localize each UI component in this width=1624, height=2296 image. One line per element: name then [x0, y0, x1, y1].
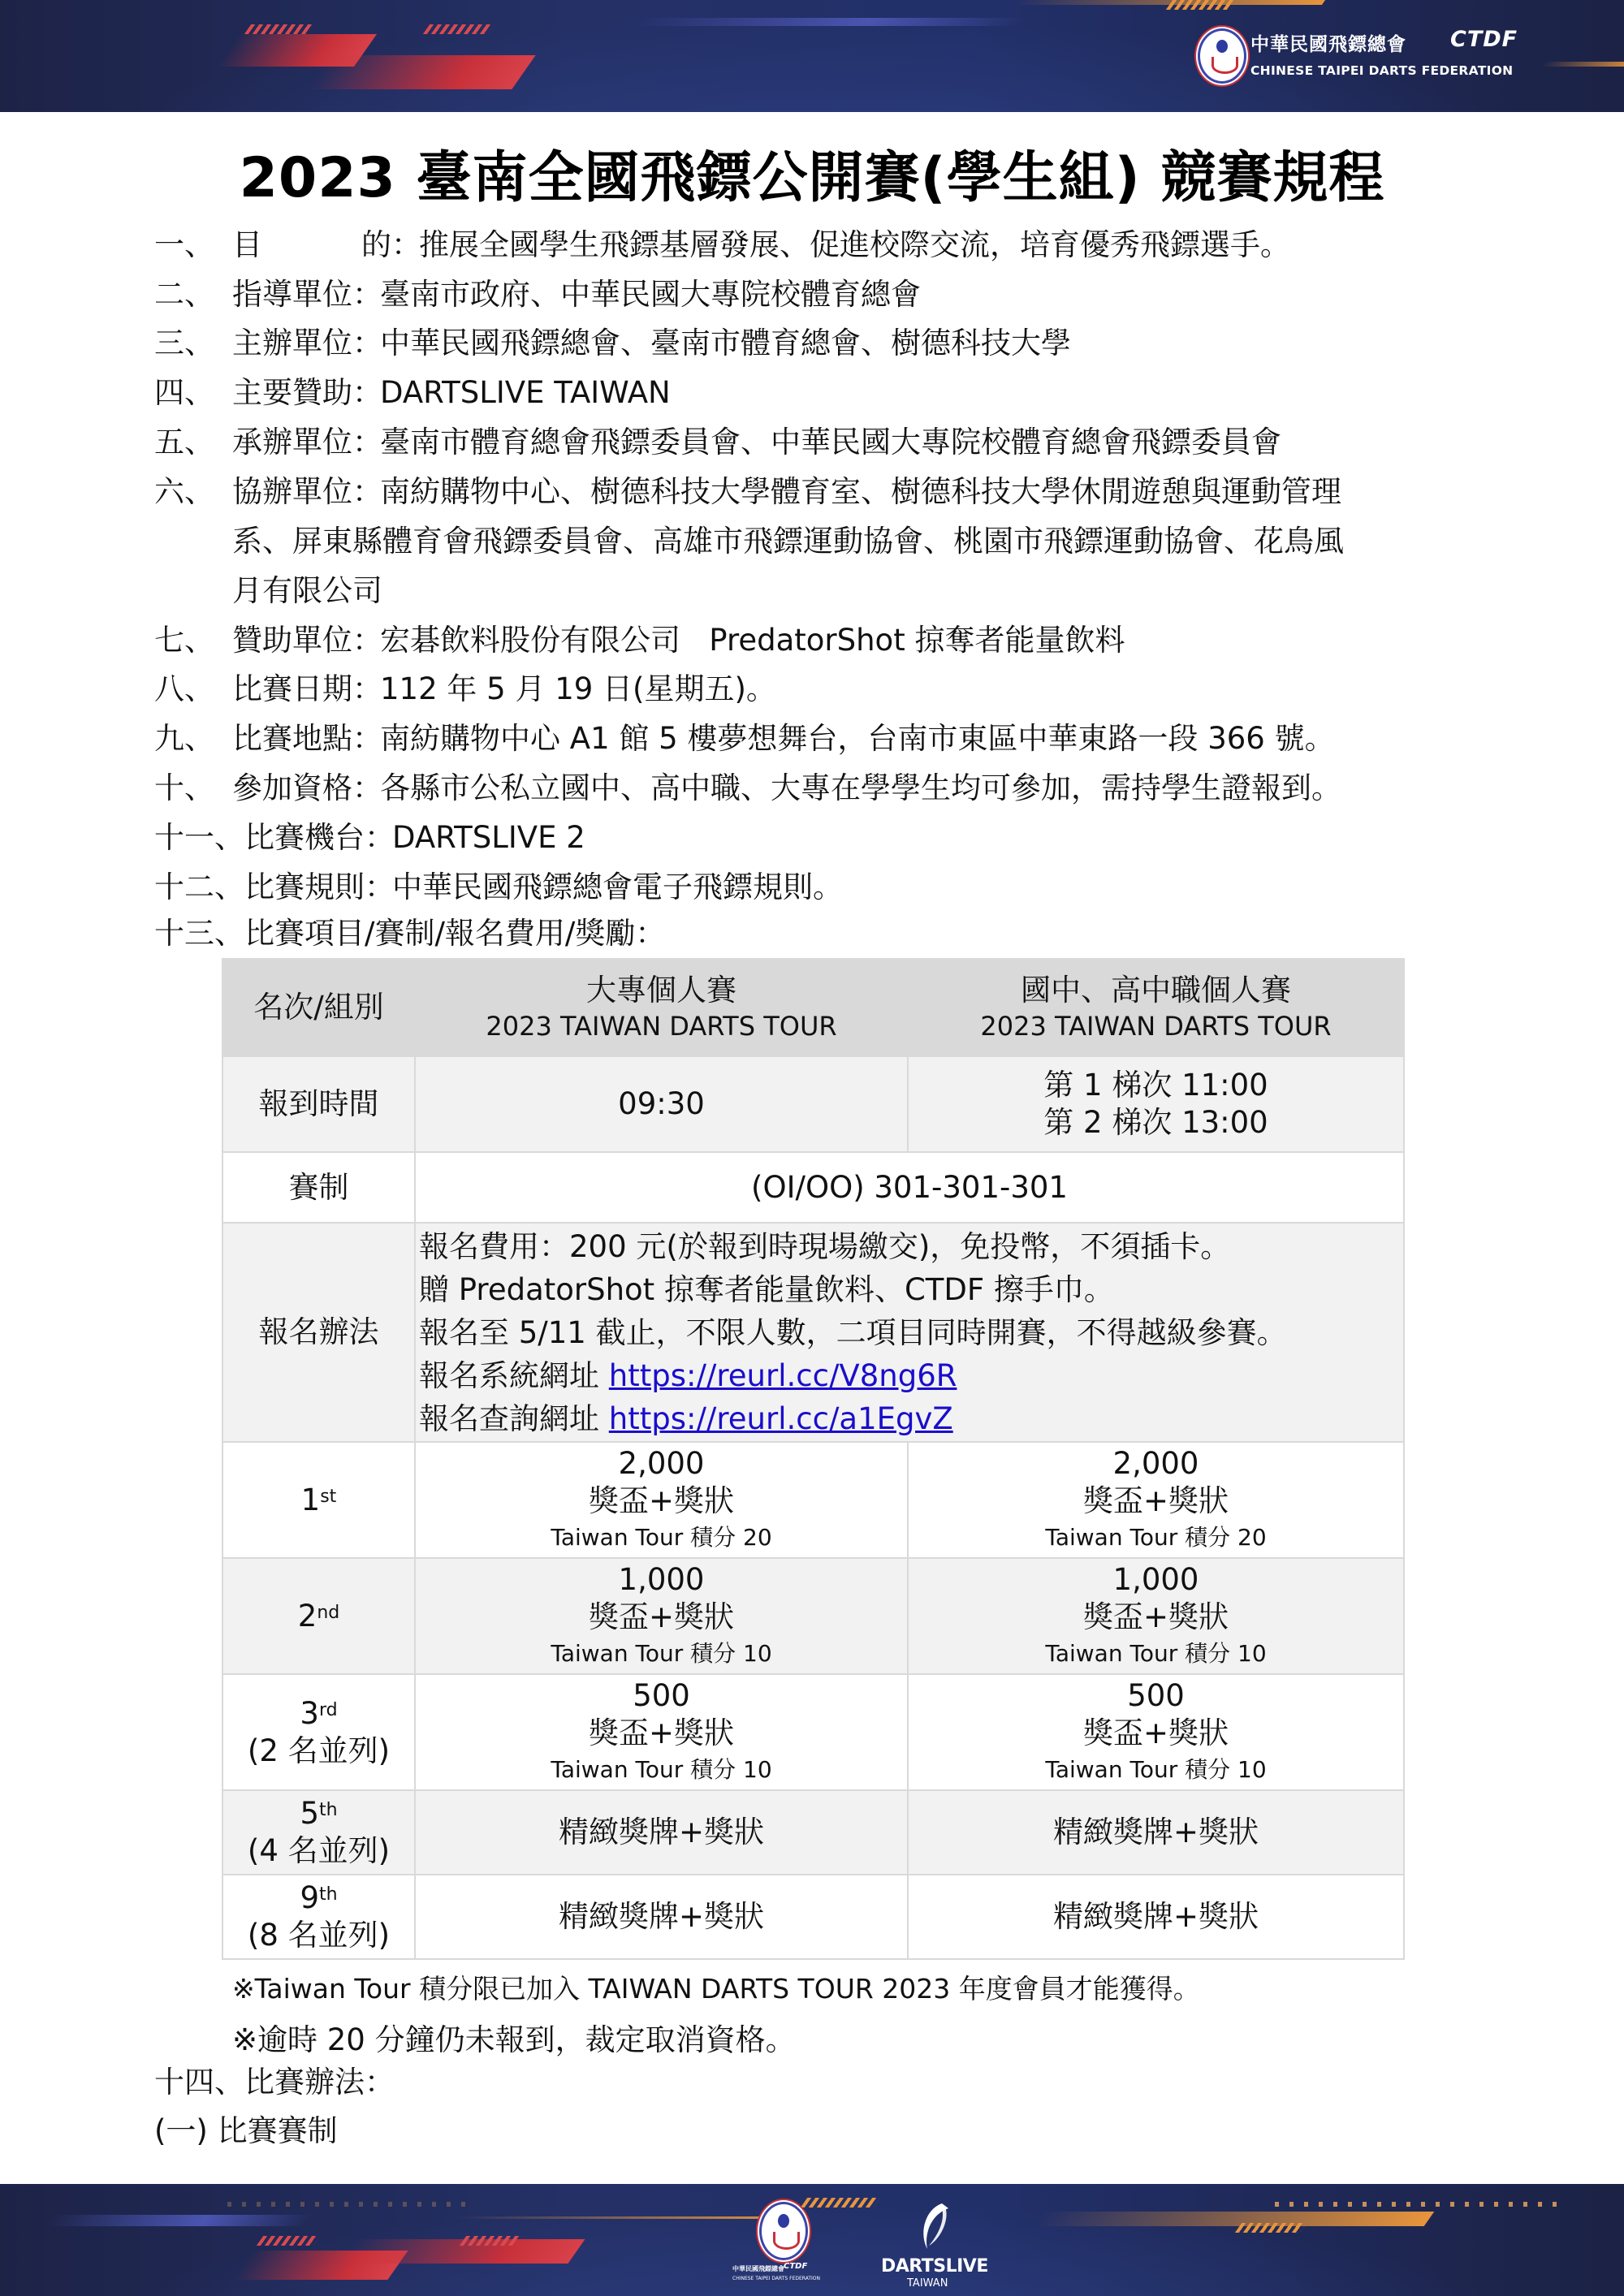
rank-number: 5 — [300, 1796, 319, 1831]
section-main-sponsor: 四、主要贊助：DARTSLIVE TAIWAN — [154, 373, 671, 412]
section-number: 一、 — [154, 226, 232, 265]
prize-award: 獎盃+獎狀 — [909, 1599, 1403, 1636]
colon: ： — [352, 423, 380, 462]
checkin-batch-1: 第 1 梯次 11:00 — [909, 1067, 1403, 1104]
decor-stripe — [45, 2215, 313, 2226]
checkin-batch-2: 第 2 梯次 13:00 — [909, 1104, 1403, 1142]
prize-highschool: 精緻獎牌+獎狀 — [908, 1790, 1404, 1875]
checkin-college: 09:30 — [415, 1056, 908, 1152]
prize-highschool: 500 獎盃+獎狀 Taiwan Tour 積分 10 — [908, 1674, 1404, 1790]
section-continuation: 系、屏東縣體育會飛鏢委員會、高雄市飛鏢運動協會、桃園市飛鏢運動協會、花鳥風 — [232, 522, 1344, 561]
rank-suffix: nd — [317, 1603, 339, 1623]
prize-points: Taiwan Tour 積分 10 — [416, 1636, 907, 1672]
org-name-en: CHINESE TAIPEI DARTS FEDERATION — [1250, 63, 1513, 78]
colon: ： — [352, 769, 380, 808]
table-row-2nd: 2nd 1,000 獎盃+獎狀 Taiwan Tour 積分 10 1,000 … — [222, 1558, 1404, 1674]
section-co-organizer: 六、協辦單位：南紡購物中心、樹德科技大學體育室、樹德科技大學休閒遊憩與運動管理 — [154, 473, 1341, 511]
decor-hatch — [1166, 0, 1237, 10]
prize-highschool: 2,000 獎盃+獎狀 Taiwan Tour 積分 20 — [908, 1442, 1404, 1558]
prize-college: 精緻獎牌+獎狀 — [415, 1790, 908, 1875]
section-label: 目的 — [232, 226, 391, 265]
header-highschool: 國中、高中職個人賽 2023 TAIWAN DARTS TOUR — [908, 959, 1404, 1056]
section-value: 南紡購物中心 A1 館 5 樓夢想舞台，台南市東區中華東路一段 366 號。 — [380, 721, 1335, 756]
section-label: 承辦單位 — [232, 423, 352, 462]
section-value: 112 年 5 月 19 日(星期五)。 — [380, 671, 776, 706]
section-eligibility: 十、參加資格：各縣市公私立國中、高中職、大專在學學生均可參加，需持學生證報到。 — [154, 769, 1341, 808]
colon: ： — [352, 621, 380, 660]
decor-stripe — [630, 18, 1026, 26]
prize-college: 精緻獎牌+獎狀 — [415, 1875, 908, 1959]
table-row-3rd: 3rd (2 名並列) 500 獎盃+獎狀 Taiwan Tour 積分 10 … — [222, 1674, 1404, 1790]
prize-amount: 500 — [909, 1677, 1403, 1715]
header-subtitle: 2023 TAIWAN DARTS TOUR — [909, 1009, 1403, 1043]
section-label: 指導單位 — [232, 275, 352, 314]
section-number: 四、 — [154, 373, 232, 412]
section-label: 主辦單位 — [232, 324, 352, 363]
prize-points: Taiwan Tour 積分 20 — [416, 1520, 907, 1556]
section-label: 比賽機台 — [244, 818, 365, 857]
section-label: 比賽地點 — [232, 719, 352, 758]
label-part: 目 — [232, 226, 262, 265]
org-abbr: CTDF — [1450, 27, 1518, 52]
section-number: 九、 — [154, 719, 232, 758]
checkin-highschool: 第 1 梯次 11:00 第 2 梯次 13:00 — [908, 1056, 1404, 1152]
section-value: 南紡購物中心、樹德科技大學體育室、樹德科技大學休閒遊憩與運動管理 — [380, 474, 1341, 509]
decor-stripe — [454, 2216, 797, 2219]
section-number: 十、 — [154, 769, 232, 808]
section-venue: 九、比賽地點：南紡購物中心 A1 館 5 樓夢想舞台，台南市東區中華東路一段 3… — [154, 719, 1335, 758]
colon: ： — [352, 324, 380, 363]
section-value: DARTSLIVE TAIWAN — [380, 375, 671, 410]
registration-fee: 報名費用：200 元(於報到時現場繳交)，免投幣，不須插卡。 — [419, 1225, 1403, 1268]
note-points: ※Taiwan Tour 積分限已加入 TAIWAN DARTS TOUR 20… — [232, 1968, 1200, 2006]
colon: ： — [635, 914, 663, 953]
decor-hatch — [460, 2236, 523, 2246]
section-value: 推展全國學生飛鏢基層發展、促進校際交流，培育優秀飛鏢選手。 — [419, 227, 1290, 262]
table-header-row: 名次/組別 大專個人賽 2023 TAIWAN DARTS TOUR 國中、高中… — [222, 959, 1404, 1056]
rank-cell: 3rd (2 名並列) — [222, 1674, 415, 1790]
section-number: 十二、 — [154, 868, 244, 907]
rank-suffix: rd — [319, 1700, 338, 1720]
format-value: (OI/OO) 301-301-301 — [415, 1152, 1404, 1223]
rank-suffix: st — [320, 1487, 336, 1507]
colon: ： — [365, 818, 392, 857]
section-number: 三、 — [154, 324, 232, 363]
section-number: 十三、 — [154, 914, 244, 953]
ctdf-logo-icon — [1198, 28, 1246, 84]
registration-query-link[interactable]: https://reurl.cc/a1EgvZ — [609, 1401, 953, 1436]
decor-hatch — [1235, 2223, 1307, 2233]
section-executor: 五、承辦單位：臺南市體育總會飛鏢委員會、中華民國大專院校體育總會飛鏢委員會 — [154, 423, 1281, 462]
footer-sponsor-region: TAIWAN — [907, 2277, 948, 2290]
link-label: 報名系統網址 — [419, 1358, 609, 1393]
section-method: 十四、比賽辦法： — [154, 2063, 395, 2102]
section-number: 八、 — [154, 670, 232, 709]
rank-cell: 2nd — [222, 1558, 415, 1674]
header-subtitle: 2023 TAIWAN DARTS TOUR — [416, 1009, 907, 1043]
registration-deadline: 報名至 5/11 截止，不限人數，二項目同時開賽，不得越級參賽。 — [419, 1311, 1403, 1354]
decor-stripe — [309, 55, 535, 89]
header-rank-group: 名次/組別 — [222, 959, 415, 1056]
section-value: 臺南市體育總會飛鏢委員會、中華民國大專院校體育總會飛鏢委員會 — [380, 425, 1281, 460]
prize-points: Taiwan Tour 積分 10 — [416, 1752, 907, 1788]
registration-query: 報名查詢網址 https://reurl.cc/a1EgvZ — [419, 1397, 1403, 1440]
registration-gift: 贈 PredatorShot 掠奪者能量飲料、CTDF 擦手巾。 — [419, 1268, 1403, 1311]
rank-cell: 1st — [222, 1442, 415, 1558]
prize-points: Taiwan Tour 積分 20 — [909, 1520, 1403, 1556]
section-label: 比賽項目/賽制/報名費用/獎勵 — [244, 914, 635, 953]
prize-points: Taiwan Tour 積分 10 — [909, 1752, 1403, 1788]
footer-ctdf-abbr: CTDF — [784, 2262, 807, 2271]
decor-dots — [1275, 2202, 1567, 2207]
section-label: 比賽日期 — [232, 670, 352, 709]
colon: ： — [365, 868, 392, 907]
section-label: 贊助單位 — [232, 621, 352, 660]
colon: ： — [352, 670, 380, 709]
section-label: 比賽辦法： — [244, 2063, 395, 2102]
colon: ： — [391, 226, 419, 265]
section-number: 十一、 — [154, 818, 244, 857]
section-number: 七、 — [154, 621, 232, 660]
decor-stripe — [1541, 62, 1624, 67]
decor-hatch — [257, 2236, 320, 2246]
section-guidance: 二、指導單位：臺南市政府、中華民國大專院校體育總會 — [154, 275, 921, 314]
decor-hatch — [244, 24, 312, 34]
rank-tie: (4 名並列) — [223, 1832, 414, 1870]
prize-amount: 500 — [416, 1677, 907, 1715]
footer-ctdf-en: CHINESE TAIPEI DARTS FEDERATION — [732, 2276, 820, 2281]
header-banner: 中華民國飛鏢總會 CTDF CHINESE TAIPEI DARTS FEDER… — [0, 0, 1624, 112]
registration-system-link[interactable]: https://reurl.cc/V8ng6R — [609, 1358, 957, 1393]
rank-number: 1 — [301, 1482, 321, 1517]
section-number: 二、 — [154, 275, 232, 314]
table-row-registration: 報名辦法 報名費用：200 元(於報到時現場繳交)，免投幣，不須插卡。 贈 Pr… — [222, 1223, 1404, 1442]
dartslive-logo-icon — [918, 2202, 952, 2251]
section-events: 十三、比賽項目/賽制/報名費用/獎勵： — [154, 914, 663, 953]
prize-highschool: 1,000 獎盃+獎狀 Taiwan Tour 積分 10 — [908, 1558, 1404, 1674]
section-machine: 十一、比賽機台：DARTSLIVE 2 — [154, 818, 585, 857]
colon: ： — [352, 275, 380, 314]
events-table: 名次/組別 大專個人賽 2023 TAIWAN DARTS TOUR 國中、高中… — [222, 958, 1405, 1960]
page-title: 2023 臺南全國飛鏢公開賽(學生組) 競賽規程 — [0, 134, 1624, 213]
header-title: 國中、高中職個人賽 — [909, 972, 1403, 1009]
rank-tie: (2 名並列) — [223, 1733, 414, 1770]
subsection-format: (一) 比賽賽制 — [154, 2112, 338, 2151]
prize-college: 500 獎盃+獎狀 Taiwan Tour 積分 10 — [415, 1674, 908, 1790]
colon: ： — [352, 373, 380, 412]
rank-number: 9 — [300, 1880, 319, 1915]
prize-award: 獎盃+獎狀 — [909, 1715, 1403, 1752]
prize-amount: 2,000 — [909, 1445, 1403, 1482]
section-value: 各縣市公私立國中、高中職、大專在學學生均可參加，需持學生證報到。 — [380, 770, 1341, 805]
section-label: 比賽規則 — [244, 868, 365, 907]
link-label: 報名查詢網址 — [419, 1401, 609, 1436]
prize-award: 獎盃+獎狀 — [909, 1482, 1403, 1520]
section-value: 中華民國飛鏢總會電子飛鏢規則。 — [392, 870, 843, 904]
footer-ctdf-logo-icon — [759, 2202, 808, 2260]
header-title: 大專個人賽 — [416, 972, 907, 1009]
section-label: 協辦單位 — [232, 473, 352, 511]
note-late: ※逾時 20 分鐘仍未報到，裁定取消資格。 — [232, 2015, 796, 2059]
prize-college: 1,000 獎盃+獎狀 Taiwan Tour 積分 10 — [415, 1558, 908, 1674]
section-purpose: 一、目的：推展全國學生飛鏢基層發展、促進校際交流，培育優秀飛鏢選手。 — [154, 226, 1290, 265]
section-number: 六、 — [154, 473, 232, 511]
section-number: 十四、 — [154, 2063, 244, 2102]
prize-amount: 1,000 — [416, 1561, 907, 1599]
colon: ： — [352, 719, 380, 758]
prize-award: 獎盃+獎狀 — [416, 1599, 907, 1636]
header-college: 大專個人賽 2023 TAIWAN DARTS TOUR — [415, 959, 908, 1056]
prize-award: 獎盃+獎狀 — [416, 1715, 907, 1752]
section-continuation: 月有限公司 — [232, 572, 382, 611]
section-number: 五、 — [154, 423, 232, 462]
table-row-5th: 5th (4 名並列) 精緻獎牌+獎狀 精緻獎牌+獎狀 — [222, 1790, 1404, 1875]
section-rules: 十二、比賽規則：中華民國飛鏢總會電子飛鏢規則。 — [154, 868, 843, 907]
table-row-9th: 9th (8 名並列) 精緻獎牌+獎狀 精緻獎牌+獎狀 — [222, 1875, 1404, 1959]
section-value: 臺南市政府、中華民國大專院校體育總會 — [380, 277, 921, 312]
registration-details: 報名費用：200 元(於報到時現場繳交)，免投幣，不須插卡。 贈 Predato… — [415, 1223, 1404, 1442]
decor-stripe — [1034, 2212, 1435, 2226]
registration-system: 報名系統網址 https://reurl.cc/V8ng6R — [419, 1354, 1403, 1397]
decor-dots — [227, 2202, 471, 2207]
decor-hatch — [423, 24, 495, 34]
section-date: 八、比賽日期：112 年 5 月 19 日(星期五)。 — [154, 670, 776, 709]
row-label: 報名辦法 — [222, 1223, 415, 1442]
row-label: 賽制 — [222, 1152, 415, 1223]
footer-sponsor-name: DARTSLIVE — [881, 2256, 988, 2277]
rank-cell: 5th (4 名並列) — [222, 1790, 415, 1875]
org-name-cn: 中華民國飛鏢總會 — [1250, 29, 1406, 56]
section-label: 主要贊助 — [232, 373, 352, 412]
section-label: 參加資格 — [232, 769, 352, 808]
section-value: 宏碁飲料股份有限公司 PredatorShot 掠奪者能量飲料 — [380, 623, 1125, 658]
prize-amount: 2,000 — [416, 1445, 907, 1482]
footer-ctdf-cn: 中華民國飛鏢總會 — [732, 2264, 784, 2273]
prize-points: Taiwan Tour 積分 10 — [909, 1636, 1403, 1672]
section-value: DARTSLIVE 2 — [392, 820, 585, 855]
prize-highschool: 精緻獎牌+獎狀 — [908, 1875, 1404, 1959]
rank-cell: 9th (8 名並列) — [222, 1875, 415, 1959]
table-row-1st: 1st 2,000 獎盃+獎狀 Taiwan Tour 積分 20 2,000 … — [222, 1442, 1404, 1558]
section-value: 中華民國飛鏢總會、臺南市體育總會、樹德科技大學 — [380, 326, 1071, 360]
colon: ： — [352, 473, 380, 511]
rank-suffix: th — [319, 1884, 338, 1905]
prize-award: 獎盃+獎狀 — [416, 1482, 907, 1520]
section-sponsor: 七、贊助單位：宏碁飲料股份有限公司 PredatorShot 掠奪者能量飲料 — [154, 621, 1125, 660]
rank-tie: (8 名並列) — [223, 1917, 414, 1954]
section-organizer: 三、主辦單位：中華民國飛鏢總會、臺南市體育總會、樹德科技大學 — [154, 324, 1071, 363]
table-row-checkin: 報到時間 09:30 第 1 梯次 11:00 第 2 梯次 13:00 — [222, 1056, 1404, 1152]
row-label: 報到時間 — [222, 1056, 415, 1152]
prize-college: 2,000 獎盃+獎狀 Taiwan Tour 積分 20 — [415, 1442, 908, 1558]
rank-number: 3 — [300, 1696, 319, 1731]
rank-number: 2 — [298, 1599, 317, 1634]
decor-hatch — [801, 2198, 880, 2208]
prize-amount: 1,000 — [909, 1561, 1403, 1599]
label-part: 的 — [361, 226, 391, 265]
rank-suffix: th — [319, 1800, 338, 1820]
table-row-format: 賽制 (OI/OO) 301-301-301 — [222, 1152, 1404, 1223]
